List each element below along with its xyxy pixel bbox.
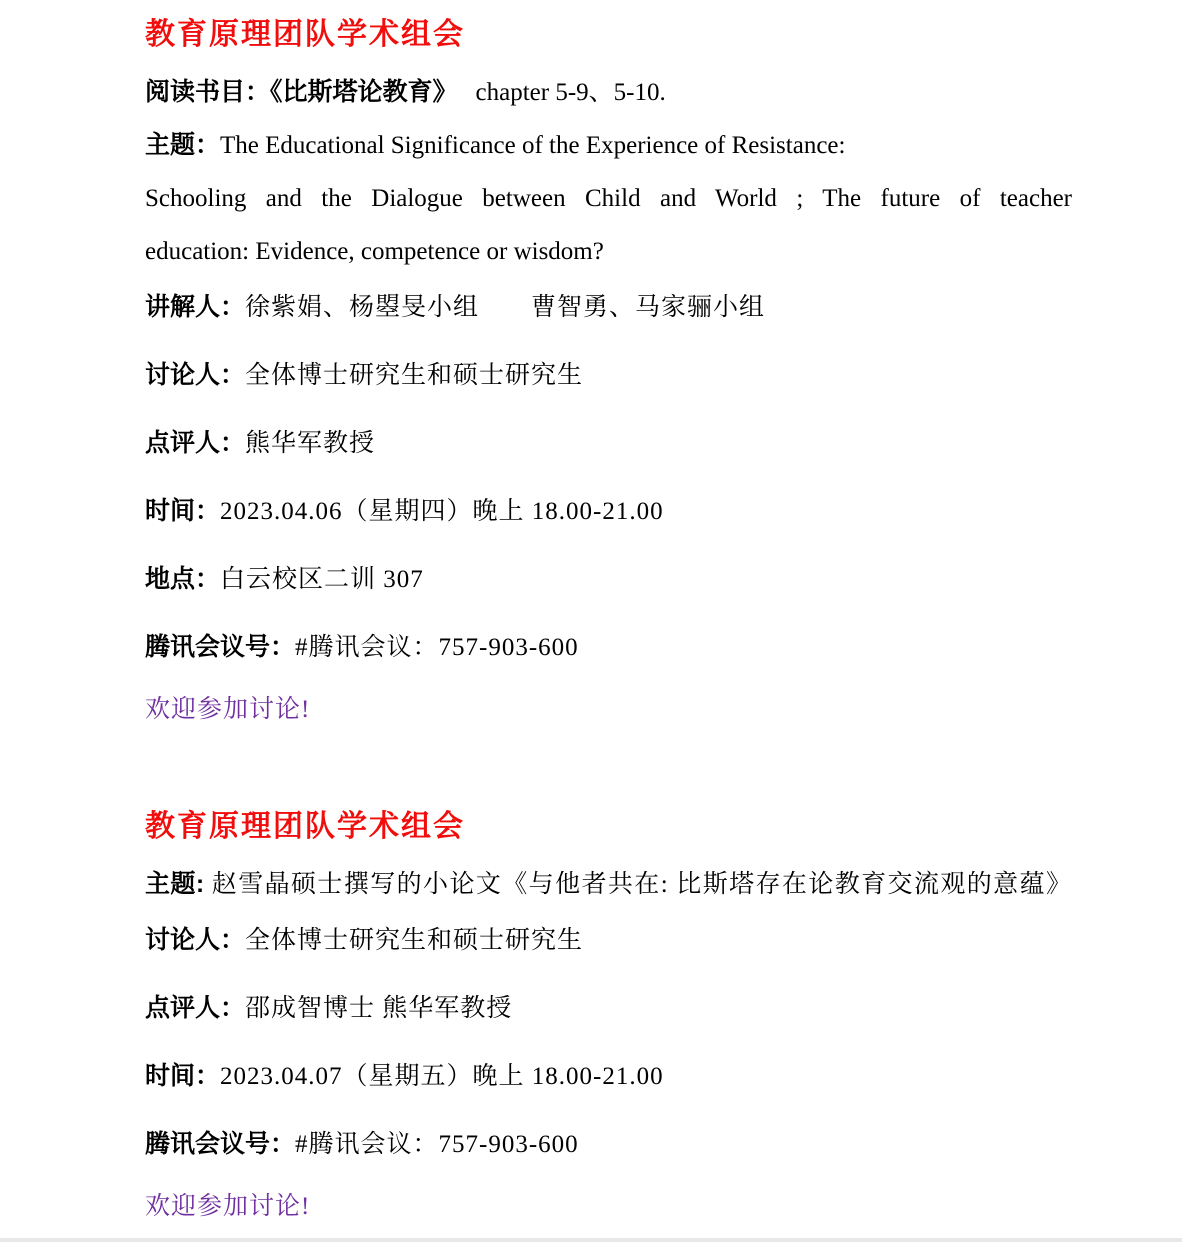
time2-value: 2023.04.07（星期五）晚上 18.00-21.00 xyxy=(220,1063,664,1090)
meeting-id2-row: 腾讯会议号：#腾讯会议：757-903-600 xyxy=(145,1118,1072,1171)
topic-label: 主题： xyxy=(145,131,220,159)
meeting-id-value: #腾讯会议：757-903-600 xyxy=(295,634,579,661)
time-value: 2023.04.06（星期四）晚上 18.00-21.00 xyxy=(220,498,664,525)
time-row: 时间：2023.04.06（星期四）晚上 18.00-21.00 xyxy=(145,485,1072,538)
welcome-line: 欢迎参加讨论! xyxy=(145,683,1072,736)
discussants2-label: 讨论人： xyxy=(145,926,245,954)
section2-heading: 教育原理团队学术组会 xyxy=(145,806,1072,848)
discussants-row: 讨论人：全体博士研究生和硕士研究生 xyxy=(145,349,1072,402)
discussants-label: 讨论人： xyxy=(145,361,245,389)
page-bottom-divider xyxy=(0,1238,1182,1242)
time-label: 时间： xyxy=(145,497,220,525)
meeting-id2-label: 腾讯会议号： xyxy=(145,1130,295,1158)
commentator-label: 点评人： xyxy=(145,429,245,457)
topic2-label: 主题: xyxy=(145,870,204,898)
reading-list-label: 阅读书目： xyxy=(145,78,270,106)
reading-list-row: 阅读书目：《比斯塔论教育》chapter 5-9、5-10. xyxy=(145,66,1072,119)
presenters-label: 讲解人： xyxy=(145,293,245,321)
discussants2-value: 全体博士研究生和硕士研究生 xyxy=(245,927,583,954)
commentators2-label: 点评人： xyxy=(145,994,245,1022)
commentator-row: 点评人：熊华军教授 xyxy=(145,417,1072,470)
document-content: 教育原理团队学术组会 阅读书目：《比斯塔论教育》chapter 5-9、5-10… xyxy=(145,0,1072,1233)
time2-label: 时间： xyxy=(145,1062,220,1090)
commentators2-value: 邵成智博士 熊华军教授 xyxy=(245,995,512,1022)
book-title: 《比斯塔论教育》 xyxy=(270,78,458,106)
commentator-value: 熊华军教授 xyxy=(245,430,375,457)
section1-heading: 教育原理团队学术组会 xyxy=(145,14,1072,56)
topic-text-1: The Educational Significance of the Expe… xyxy=(220,132,845,159)
welcome-line-2: 欢迎参加讨论! xyxy=(145,1180,1072,1233)
topic-line-2: Schooling and the Dialogue between Child… xyxy=(145,172,1072,225)
discussants-value: 全体博士研究生和硕士研究生 xyxy=(245,362,583,389)
document-page: 教育原理团队学术组会 阅读书目：《比斯塔论教育》chapter 5-9、5-10… xyxy=(0,0,1182,1242)
book-chapters: chapter 5-9、5-10. xyxy=(476,79,666,106)
location-value: 白云校区二训 307 xyxy=(220,566,424,593)
discussants2-row: 讨论人：全体博士研究生和硕士研究生 xyxy=(145,914,1072,967)
topic2-row: 主题: 赵雪晶硕士撰写的小论文《与他者共在: 比斯塔存在论教育交流观的意蕴》 xyxy=(145,858,1072,911)
topic2-value: 赵雪晶硕士撰写的小论文《与他者共在: 比斯塔存在论教育交流观的意蕴》 xyxy=(204,871,1072,898)
meeting-id-label: 腾讯会议号： xyxy=(145,633,295,661)
meeting-id-row: 腾讯会议号：#腾讯会议：757-903-600 xyxy=(145,621,1072,674)
presenters-row: 讲解人：徐紫娟、杨曌旻小组 曹智勇、马家骊小组 xyxy=(145,281,1072,334)
topic-line-1: 主题：The Educational Significance of the E… xyxy=(145,119,1072,172)
time2-row: 时间：2023.04.07（星期五）晚上 18.00-21.00 xyxy=(145,1050,1072,1103)
topic-paragraph: 主题：The Educational Significance of the E… xyxy=(145,119,1072,278)
location-label: 地点： xyxy=(145,565,220,593)
topic-line-3: education: Evidence, competence or wisdo… xyxy=(145,225,1072,278)
meeting-announcement-section-1: 教育原理团队学术组会 阅读书目：《比斯塔论教育》chapter 5-9、5-10… xyxy=(145,14,1072,736)
presenters-value: 徐紫娟、杨曌旻小组 曹智勇、马家骊小组 xyxy=(245,294,765,321)
location-row: 地点：白云校区二训 307 xyxy=(145,553,1072,606)
commentators2-row: 点评人：邵成智博士 熊华军教授 xyxy=(145,982,1072,1035)
meeting-id2-value: #腾讯会议：757-903-600 xyxy=(295,1131,579,1158)
meeting-announcement-section-2: 教育原理团队学术组会 主题: 赵雪晶硕士撰写的小论文《与他者共在: 比斯塔存在论… xyxy=(145,806,1072,1233)
